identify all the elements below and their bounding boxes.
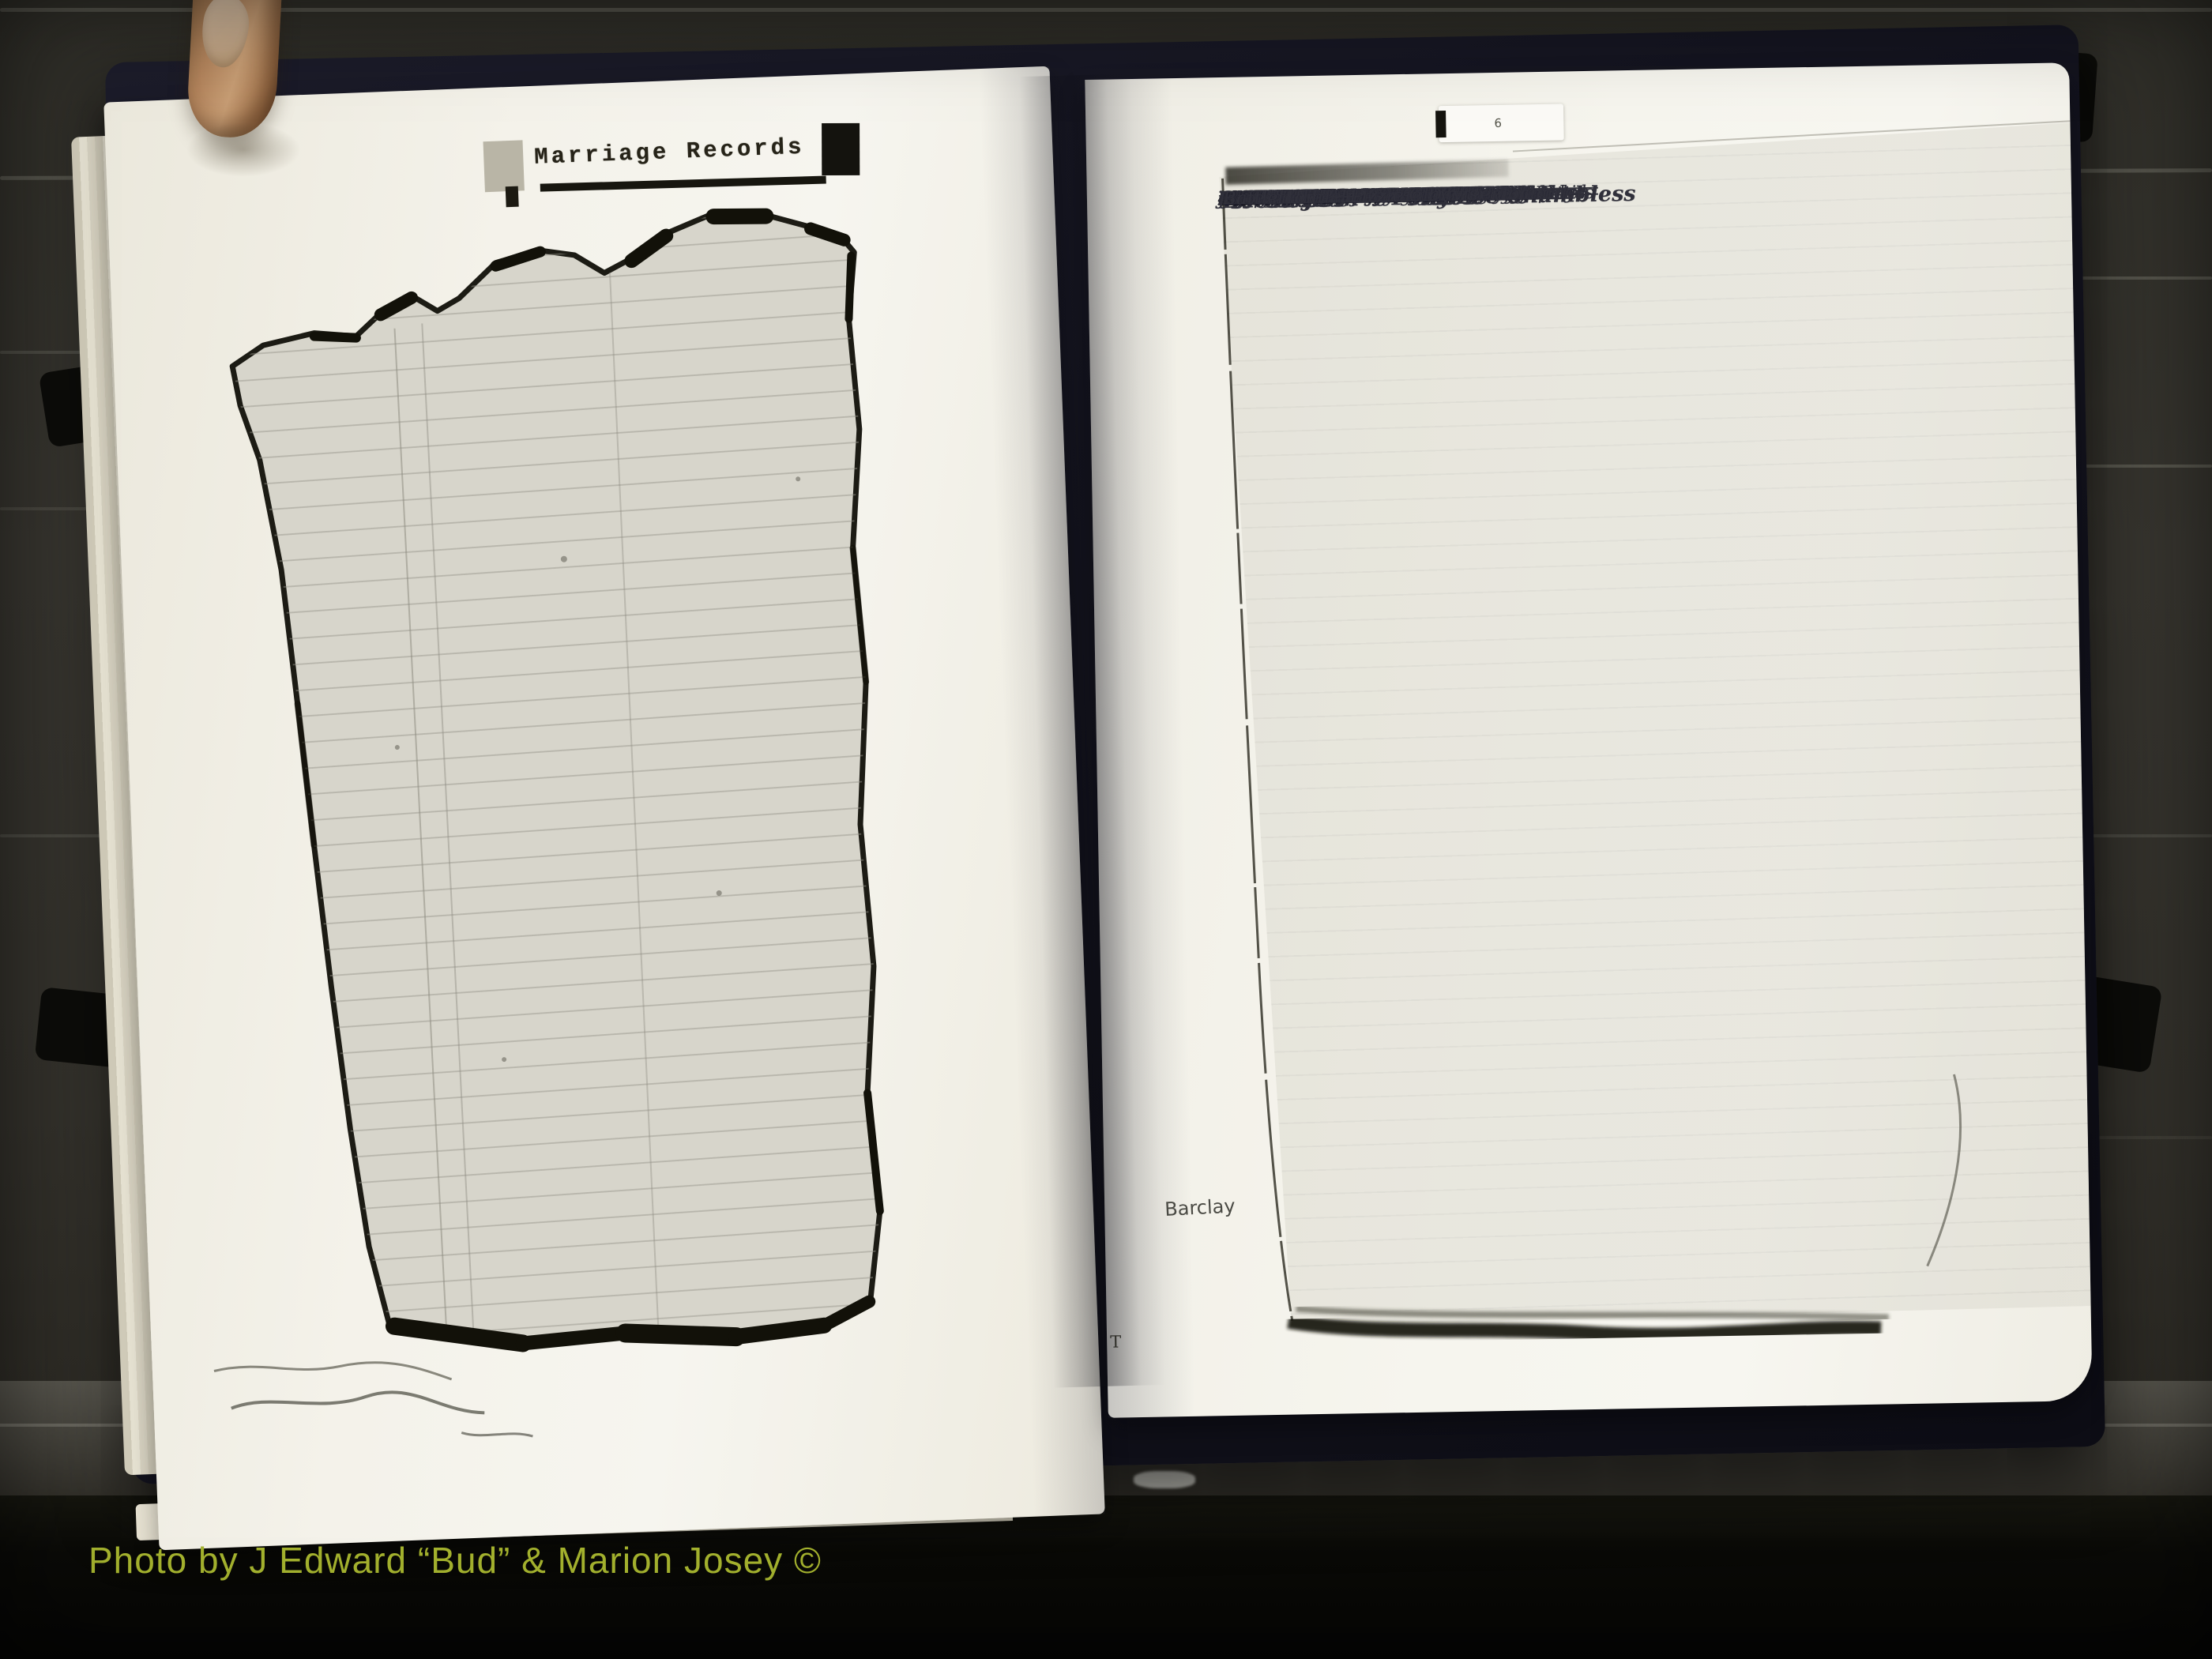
margin-note: Barclay	[1164, 1194, 1236, 1221]
shelf-paint-scuff	[1134, 1471, 1195, 1488]
left-page: Marriage Records	[103, 66, 1105, 1551]
stamp-chip	[483, 140, 524, 192]
finger-shadow	[164, 112, 322, 187]
right-page: 6 Leon J. B. + Lizzie B. HarrisJules Jos…	[1085, 62, 2092, 1417]
pencil-scribbles	[197, 1332, 629, 1483]
wall-slat-line	[0, 8, 2212, 12]
photo-credit: Photo by J Edward “Bud” & Marion Josey ©	[88, 1539, 822, 1582]
stamp-ink-block	[822, 123, 860, 175]
entry-right: Battle Tom + Lizzie Clay	[1218, 185, 1450, 209]
photocopy-edge-marks	[1085, 62, 2092, 1417]
faded-photocopy-blob	[139, 175, 942, 1372]
photo-of-marriage-record-book: Marriage Records	[0, 0, 2212, 1659]
stamp-label-text: Marriage Records	[534, 134, 805, 171]
fingernail	[198, 0, 253, 70]
